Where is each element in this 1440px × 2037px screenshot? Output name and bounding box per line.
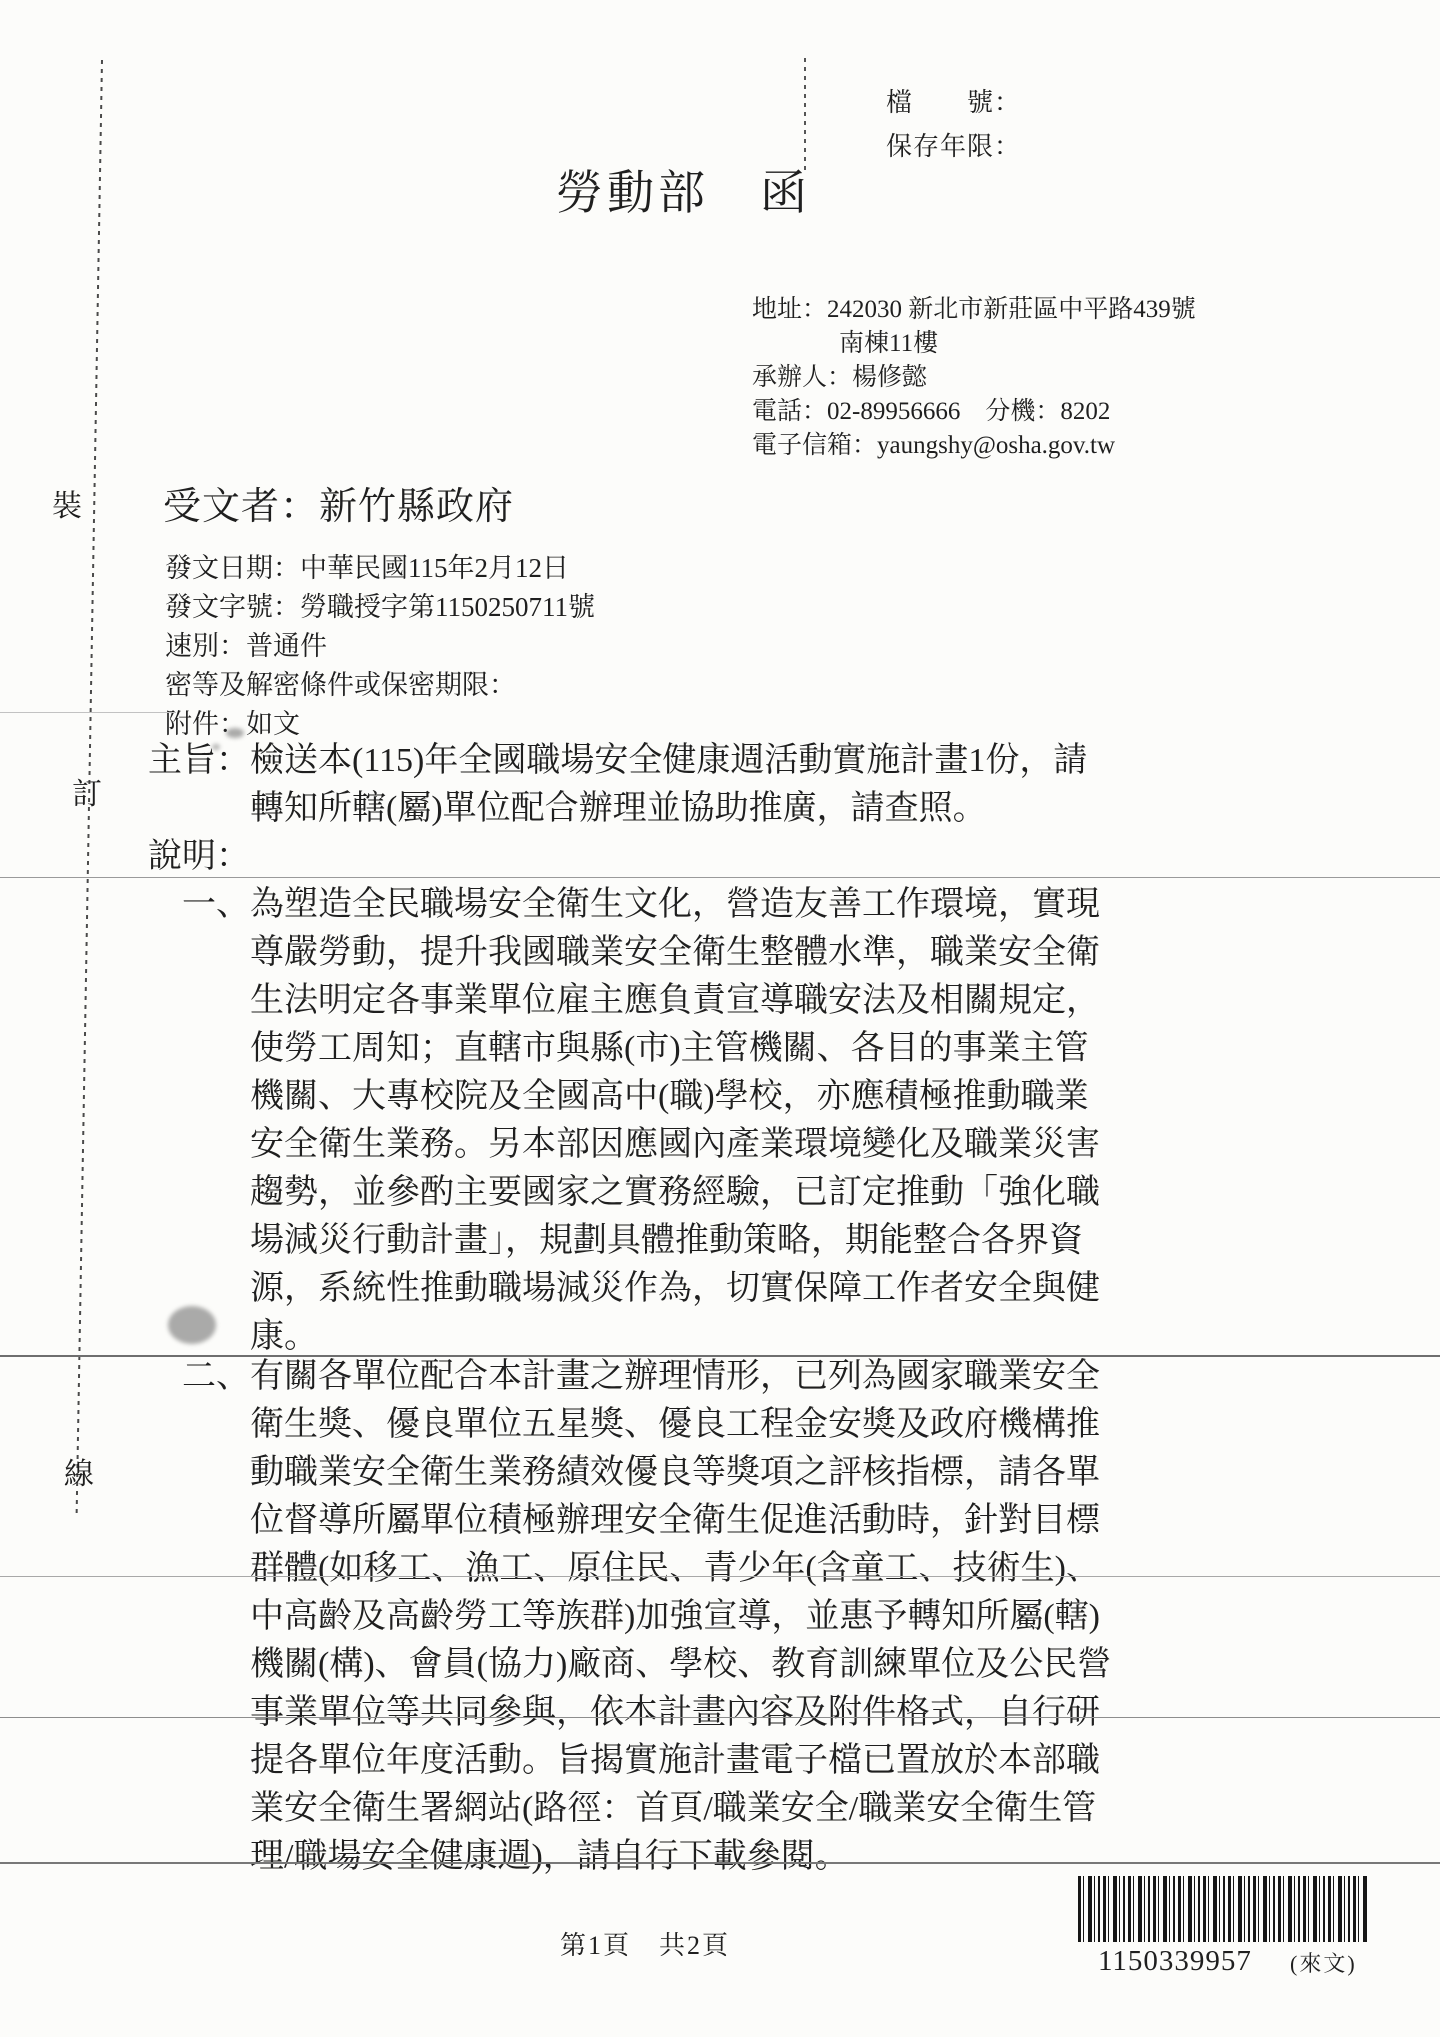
scan-smudge: [168, 1306, 216, 1344]
document-meta-lines: 發文日期：中華民國115年2月12日發文字號：勞職授字第1150250711號速…: [165, 549, 595, 744]
header-dotted-line: [804, 58, 806, 170]
scan-smudge: [226, 728, 244, 738]
text-line: 檢送本(115)年全國職場安全健康週活動實施計畫1份，請: [250, 737, 1087, 785]
text-line: 有關各單位配合本計畫之辦理情形，已列為國家職業安全: [250, 1353, 1111, 1401]
subject-label: 主旨：: [148, 737, 250, 785]
text-line: 尊嚴勞動，提升我國職業安全衛生整體水準，職業安全衛: [250, 929, 1100, 977]
item-1-text: 為塑造全民職場安全衛生文化，營造友善工作環境，實現尊嚴勞動，提升我國職業安全衛生…: [250, 881, 1100, 1361]
text-line: 衛生獎、優良單位五星獎、優良工程金安獎及政府機構推: [250, 1401, 1111, 1449]
text-line: 機關、大專校院及全國高中(職)學校，亦應積極推動職業: [250, 1073, 1100, 1121]
scan-artifact-line: [0, 1717, 1440, 1718]
text-line: 位督導所屬單位積極辦理安全衛生促進活動時，針對目標: [250, 1497, 1111, 1545]
binding-mark-xian: 線: [64, 1458, 94, 1492]
barcode: [1078, 1876, 1368, 1942]
contact-person: 承辦人：楊修懿: [752, 362, 927, 394]
text-line: 提各單位年度活動。旨揭實施計畫電子檔已置放於本部職: [250, 1737, 1111, 1785]
scan-artifact-line: [0, 1862, 1440, 1864]
barcode-number: 1150339957: [1098, 1944, 1252, 1978]
text-line: 生法明定各事業單位雇主應負責宣導職安法及相關規定，: [250, 977, 1100, 1025]
text-line: 發文日期：中華民國115年2月12日: [165, 549, 595, 588]
scan-artifact-line: [0, 712, 176, 713]
text-line: 趨勢，並參酌主要國家之實務經驗，已訂定推動「強化職: [250, 1169, 1100, 1217]
subject-text: 檢送本(115)年全國職場安全健康週活動實施計畫1份，請轉知所轄(屬)單位配合辦…: [250, 737, 1087, 833]
text-line: 源，系統性推動職場減災作為，切實保障工作者安全與健: [250, 1265, 1100, 1313]
text-line: 理/職場安全健康週)，請自行下載參閱。: [250, 1833, 1111, 1881]
item-1-number: 一、: [182, 881, 250, 929]
binding-mark-ding: 訂: [72, 778, 102, 812]
scan-smudge: [212, 744, 220, 750]
barcode-note: (來文): [1290, 1950, 1357, 1978]
text-line: 事業單位等共同參與，依本計畫內容及附件格式，自行研: [250, 1689, 1111, 1737]
text-line: 為塑造全民職場安全衛生文化，營造友善工作環境，實現: [250, 881, 1100, 929]
text-line: 業安全衛生署網站(路徑：首頁/職業安全/職業安全衛生管: [250, 1785, 1111, 1833]
text-line: 發文字號：勞職授字第1150250711號: [165, 588, 595, 627]
contact-phone: 電話：02-89956666 分機：8202: [752, 396, 1110, 428]
binding-mark-zhuang: 裝: [52, 490, 82, 524]
scanned-official-letter: 裝 訂 線 檔 號： 保存年限： 勞動部 函 地址：242030 新北市新莊區中…: [0, 0, 1440, 2037]
recipient-line: 受文者：新竹縣政府: [163, 485, 514, 529]
item-2-number: 二、: [182, 1353, 250, 1401]
file-number-label: 檔 號：: [886, 86, 1021, 120]
sender-address-line1: 地址：242030 新北市新莊區中平路439號: [752, 294, 1196, 326]
text-line: 機關(構)、會員(協力)廠商、學校、教育訓練單位及公民營: [250, 1641, 1111, 1689]
text-line: 群體(如移工、漁工、原住民、青少年(含童工、技術生)、: [250, 1545, 1111, 1593]
explanation-label: 說明：: [148, 833, 250, 881]
text-line: 安全衛生業務。另本部因應國內產業環境變化及職業災害: [250, 1121, 1100, 1169]
sender-address-line2: 南棟11樓: [839, 328, 938, 360]
text-line: 轉知所轄(屬)單位配合辦理並協助推廣，請查照。: [250, 785, 1087, 833]
text-line: 密等及解密條件或保密期限：: [165, 666, 595, 705]
scan-artifact-line: [0, 877, 1440, 878]
text-line: 動職業安全衛生業務績效優良等獎項之評核指標，請各單: [250, 1449, 1111, 1497]
text-line: 場減災行動計畫」，規劃具體推動策略，期能整合各界資: [250, 1217, 1100, 1265]
text-line: 速別：普通件: [165, 627, 595, 666]
contact-email: 電子信箱：yaungshy@osha.gov.tw: [752, 430, 1115, 462]
item-2-text: 有關各單位配合本計畫之辦理情形，已列為國家職業安全衛生獎、優良單位五星獎、優良工…: [250, 1353, 1111, 1881]
text-line: 使勞工周知；直轄市與縣(市)主管機關、各目的事業主管: [250, 1025, 1100, 1073]
page-number: 第1頁 共2頁: [560, 1930, 730, 1962]
document-title: 勞動部 函: [556, 168, 811, 220]
retention-period-label: 保存年限：: [886, 130, 1021, 164]
text-line: 中高齡及高齡勞工等族群)加強宣導，並惠予轉知所屬(轄): [250, 1593, 1111, 1641]
scan-artifact-line: [0, 1355, 1440, 1357]
scan-artifact-line: [0, 1576, 1440, 1577]
